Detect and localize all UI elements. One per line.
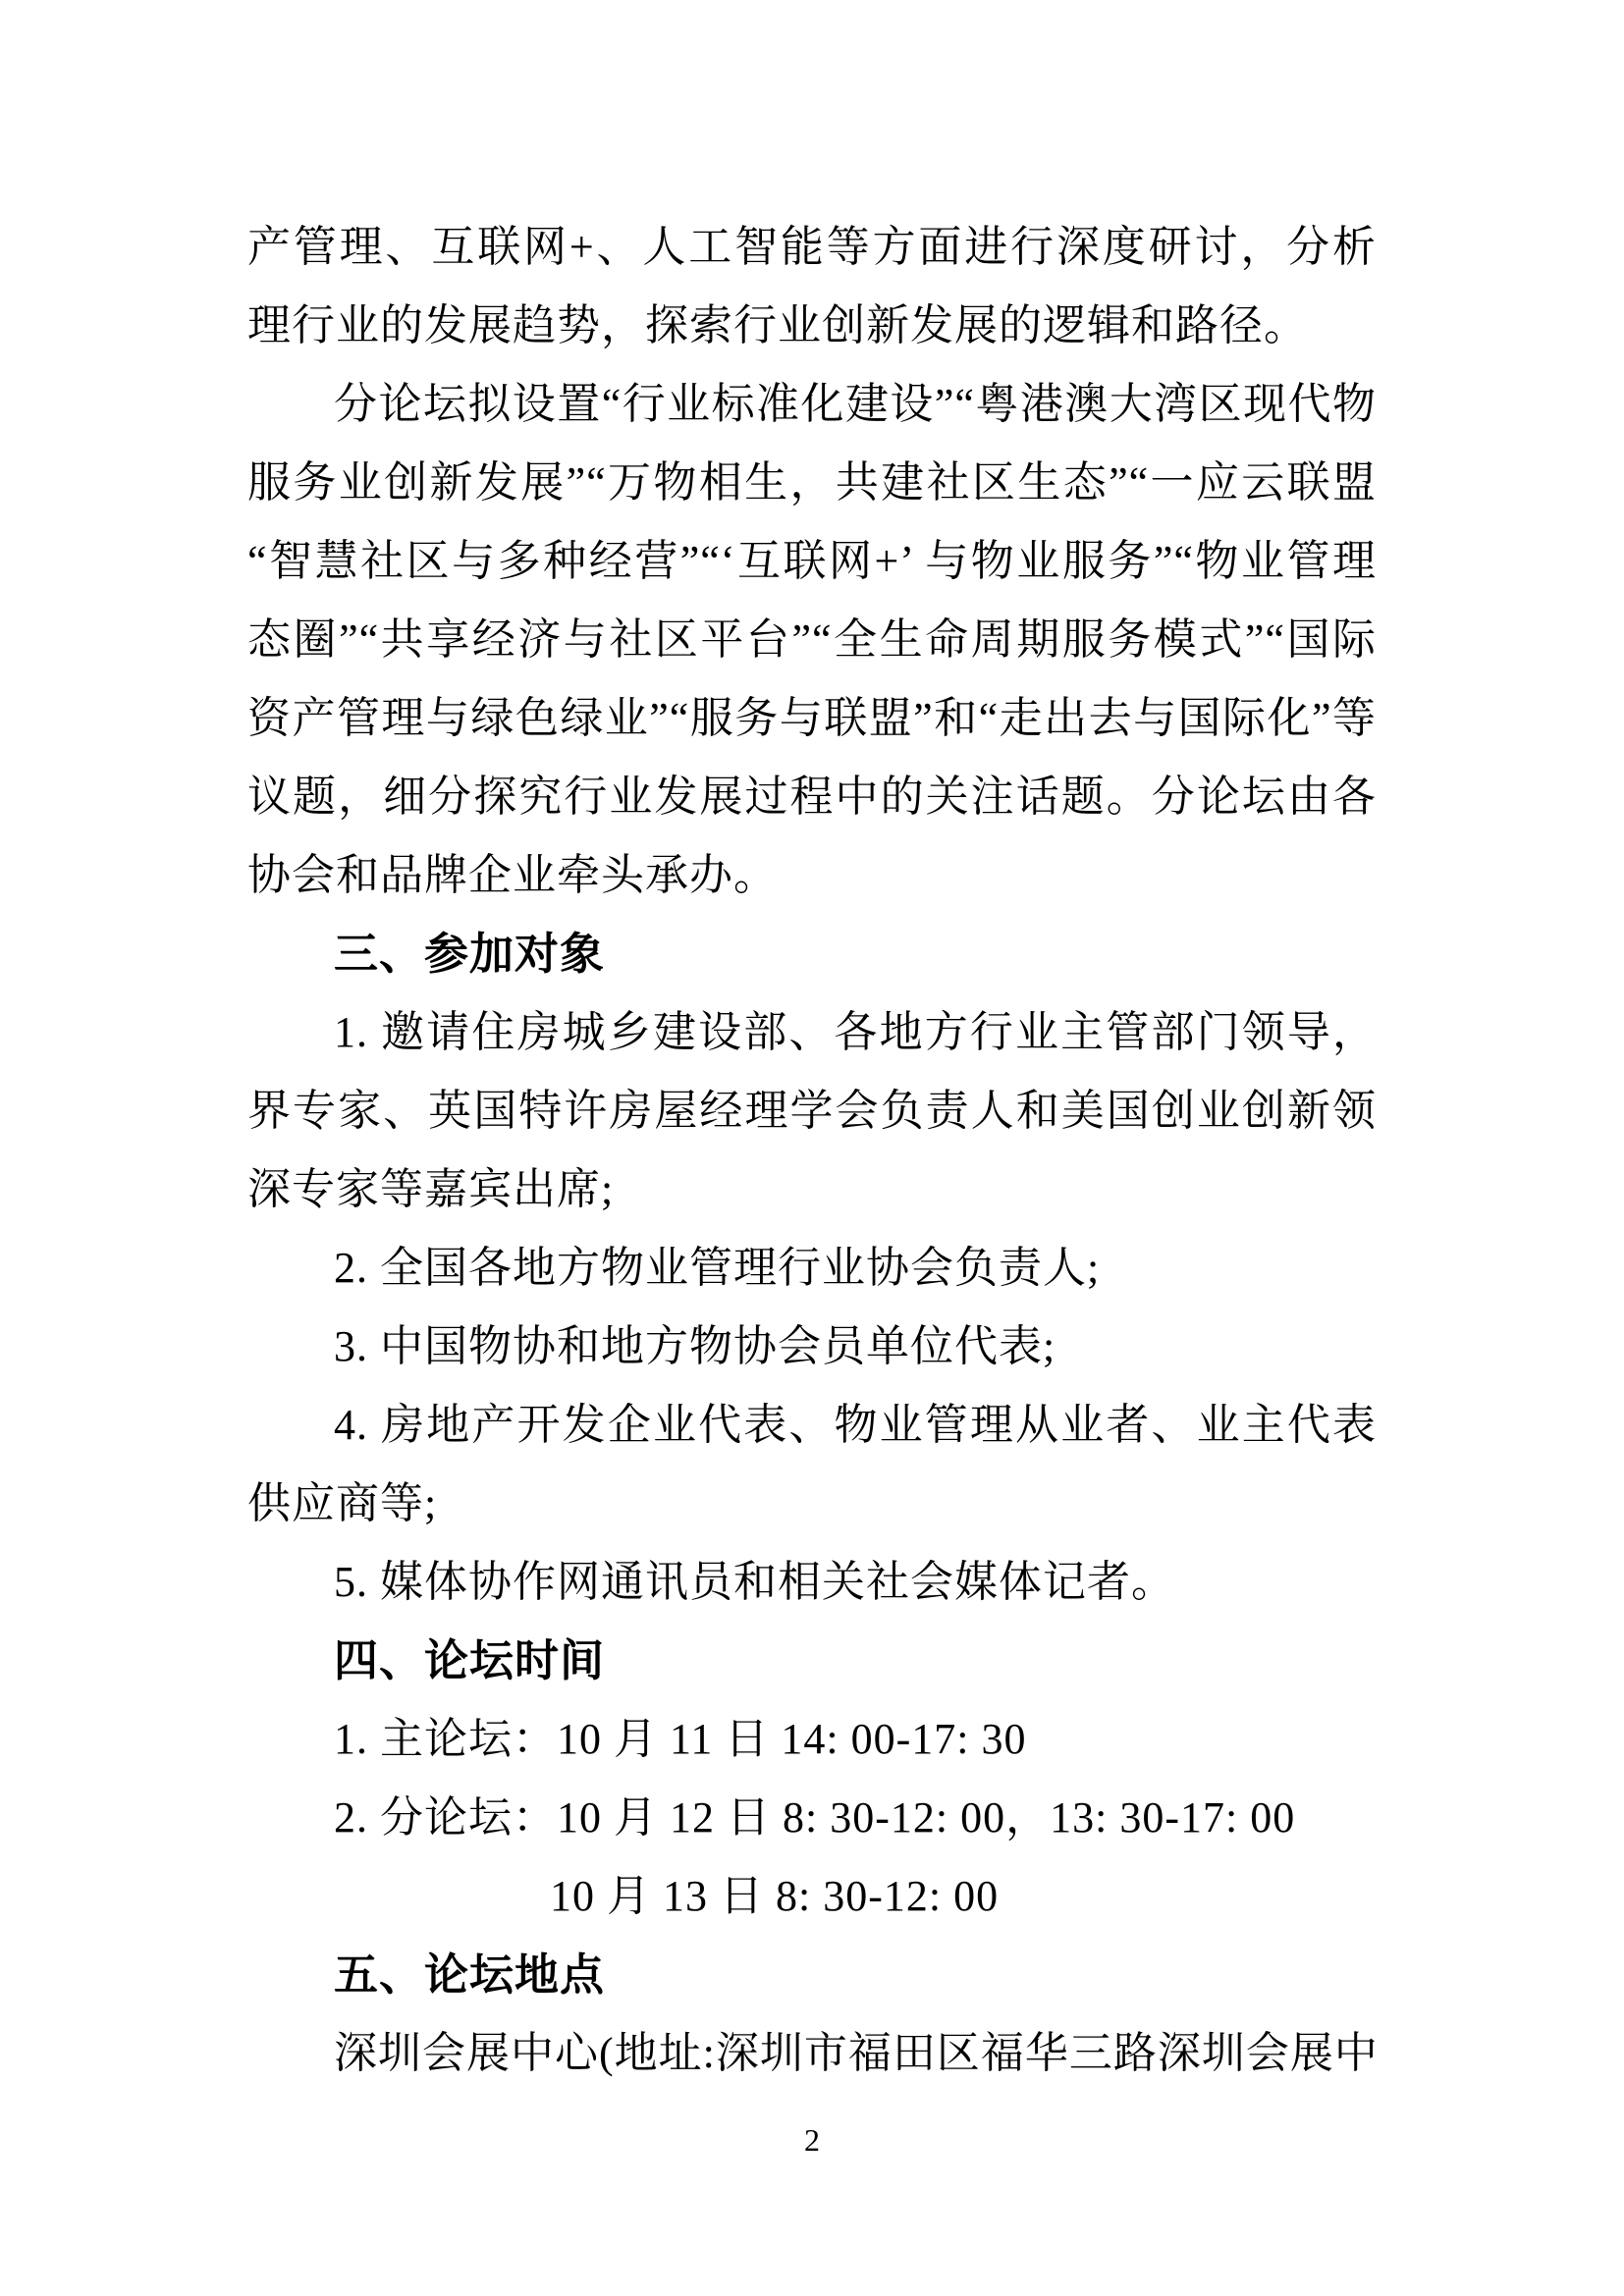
heading-section-3-participants: 三、参加对象 [247, 915, 1377, 993]
text-line-paragraph-start: 分论坛拟设置“行业标准化建设”“粤港澳大湾区现代物业 [247, 365, 1377, 444]
heading-section-4-forum-time: 四、论坛时间 [247, 1622, 1377, 1700]
text-line: 资产管理与绿色绿业”“服务与联盟”和“走出去与国际化”等 [247, 679, 1377, 758]
list-item-4: 4. 房地产开发企业代表、物业管理从业者、业主代表和优秀 [247, 1386, 1377, 1465]
list-item-5: 5. 媒体协作网通讯员和相关社会媒体记者。 [247, 1543, 1377, 1622]
list-item-1: 1. 邀请住房城乡建设部、各地方行业主管部门领导，国内业 [247, 993, 1377, 1072]
list-item-3: 3. 中国物协和地方物协会员单位代表; [247, 1308, 1377, 1386]
text-line: 深专家等嘉宾出席; [247, 1150, 1377, 1229]
text-line: 供应商等; [247, 1465, 1377, 1543]
text-line: 产管理、互联网+、人工智能等方面进行深度研讨，分析物业管 [247, 208, 1377, 287]
text-line-main-forum-time: 1. 主论坛：10 月 11 日 14: 00-17: 30 [247, 1700, 1377, 1779]
text-line-sub-forum-time: 2. 分论坛：10 月 12 日 8: 30-12: 00，13: 30-17:… [247, 1779, 1377, 1857]
text-line: 态圈”“共享经济与社区平台”“全生命周期服务模式”“国际化 [247, 601, 1377, 679]
text-line: “智慧社区与多种经营”“‘互联网+’ 与物业服务”“物业管理生 [247, 522, 1377, 601]
text-line-sub-forum-time-cont: 10 月 13 日 8: 30-12: 00 [247, 1857, 1377, 1936]
text-line: 界专家、英国特许房屋经理学会负责人和美国创业创新领域的资 [247, 1072, 1377, 1150]
list-item-2: 2. 全国各地方物业管理行业协会负责人; [247, 1229, 1377, 1308]
text-line: 服务业创新发展”“万物相生，共建社区生态”“一应云联盟大会” [247, 444, 1377, 522]
text-content: 产管理、互联网+、人工智能等方面进行深度研讨，分析物业管 理行业的发展趋势，探索… [247, 208, 1377, 2093]
text-line: 协会和品牌企业牵头承办。 [247, 836, 1377, 915]
page-number: 2 [0, 2120, 1624, 2160]
text-line: 理行业的发展趋势，探索行业创新发展的逻辑和路径。 [247, 287, 1377, 365]
heading-section-5-forum-location: 五、论坛地点 [247, 1936, 1377, 2014]
document-page: 产管理、互联网+、人工智能等方面进行深度研讨，分析物业管 理行业的发展趋势，探索… [0, 0, 1624, 2296]
text-line-venue: 深圳会展中心(地址:深圳市福田区福华三路深圳会展中心， [247, 2014, 1377, 2093]
text-line: 议题，细分探究行业发展过程中的关注话题。分论坛由各地行业 [247, 758, 1377, 836]
